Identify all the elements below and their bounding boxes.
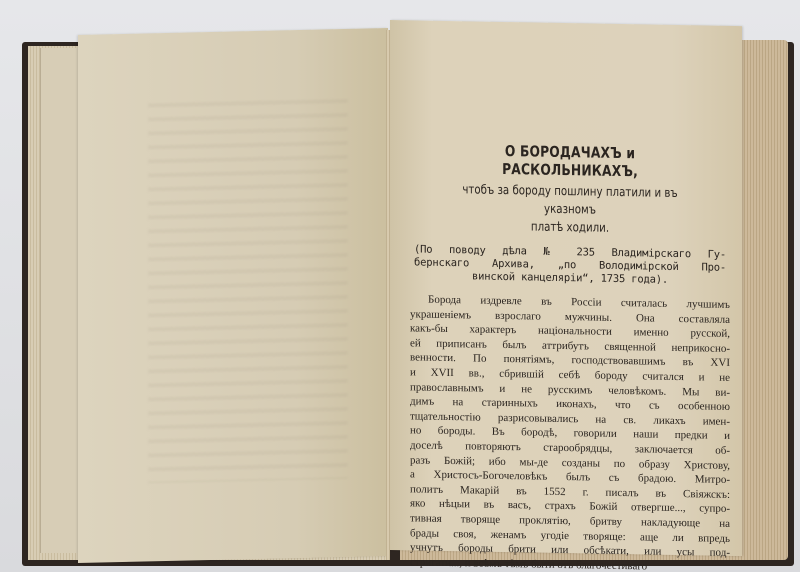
page-content: О БОРОДАЧАХЪ и РАСКОЛЬНИКАХЪ, чтобъ за б… (410, 140, 730, 572)
archive-note: (По поводу дѣла № 235 Владимірскаго Гу- … (414, 243, 726, 287)
right-page: О БОРОДАЧАХЪ и РАСКОЛЬНИКАХЪ, чтобъ за б… (390, 20, 742, 556)
chapter-subtitle: чтобъ за бороду пошлину платили и въ ука… (439, 180, 701, 239)
show-through-text (148, 99, 348, 484)
subtitle-line: платѣ ходили. (439, 216, 701, 239)
chapter-title: О БОРОДАЧАХЪ и РАСКОЛЬНИКАХЪ, (439, 141, 701, 182)
left-page (78, 28, 388, 563)
body-paragraph: Борода издревле въ Россіи считалась лучш… (410, 292, 730, 572)
subtitle-line: чтобъ за бороду пошлину платили и въ ука… (439, 180, 701, 221)
